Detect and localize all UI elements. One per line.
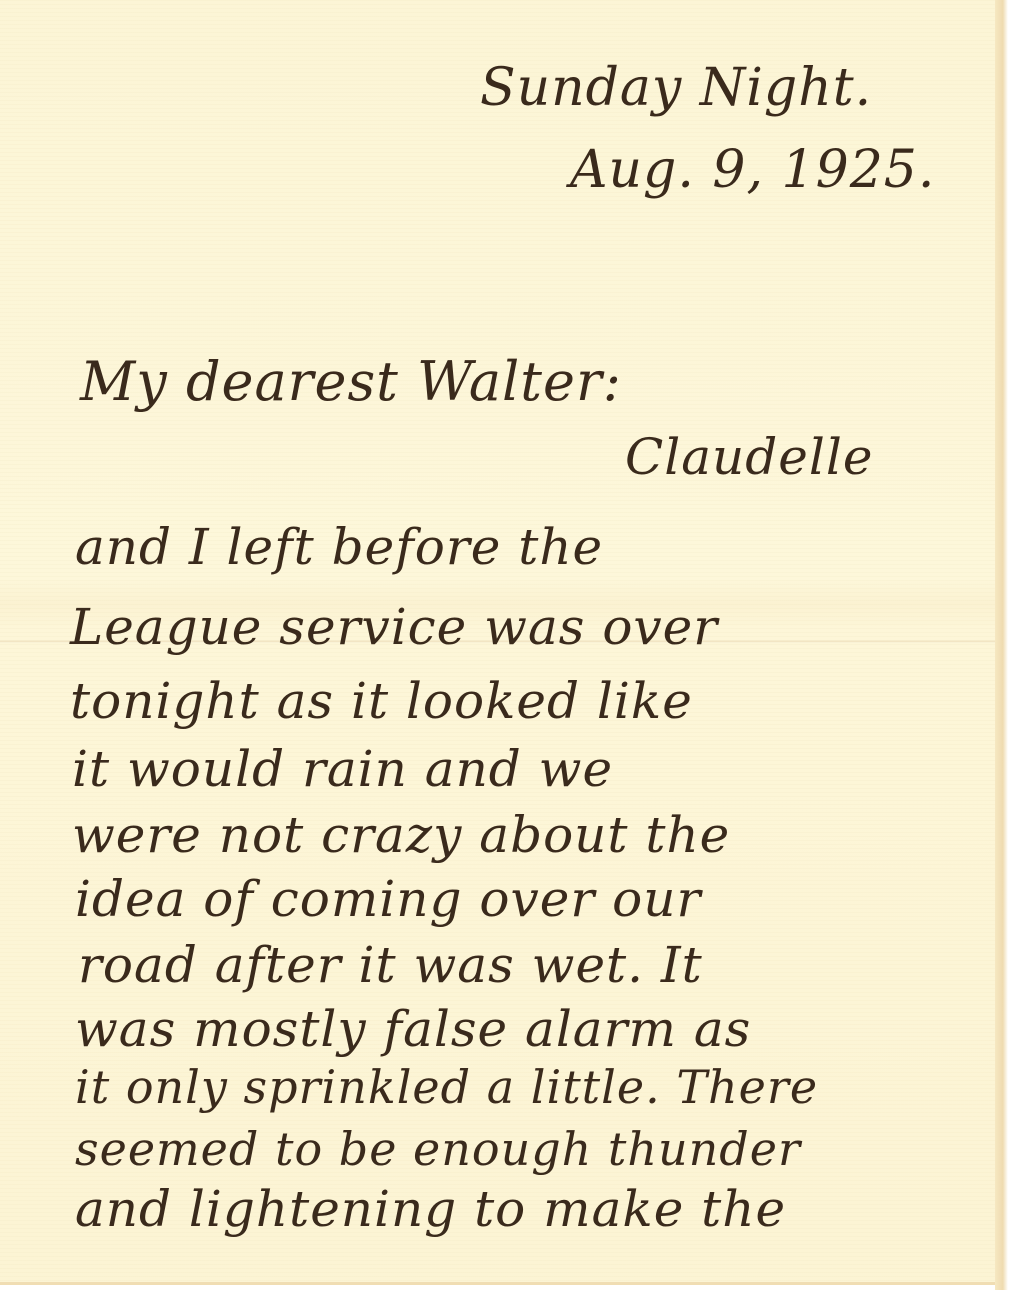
letter-day: Sunday Night. [480, 58, 872, 118]
body-line: and I left before the [75, 518, 603, 576]
body-line: League service was over [70, 598, 718, 656]
body-line: were not crazy about the [72, 806, 730, 864]
paper-edge [995, 0, 1008, 1290]
letter-page: Sunday Night. Aug. 9, 1925. My dearest W… [0, 0, 1008, 1285]
body-line: road after it was wet. It [78, 936, 703, 994]
letter-date: Aug. 9, 1925. [570, 140, 935, 200]
body-line: it would rain and we [72, 740, 613, 798]
body-line: idea of coming over our [75, 870, 701, 928]
body-line: Claudelle [625, 428, 873, 486]
body-line: seemed to be enough thunder [75, 1122, 801, 1176]
salutation: My dearest Walter: [80, 350, 622, 413]
body-line: it only sprinkled a little. There [75, 1060, 818, 1114]
body-line: was mostly false alarm as [75, 1000, 751, 1058]
body-line: tonight as it looked like [70, 672, 693, 730]
body-line: and lightening to make the [75, 1180, 786, 1238]
